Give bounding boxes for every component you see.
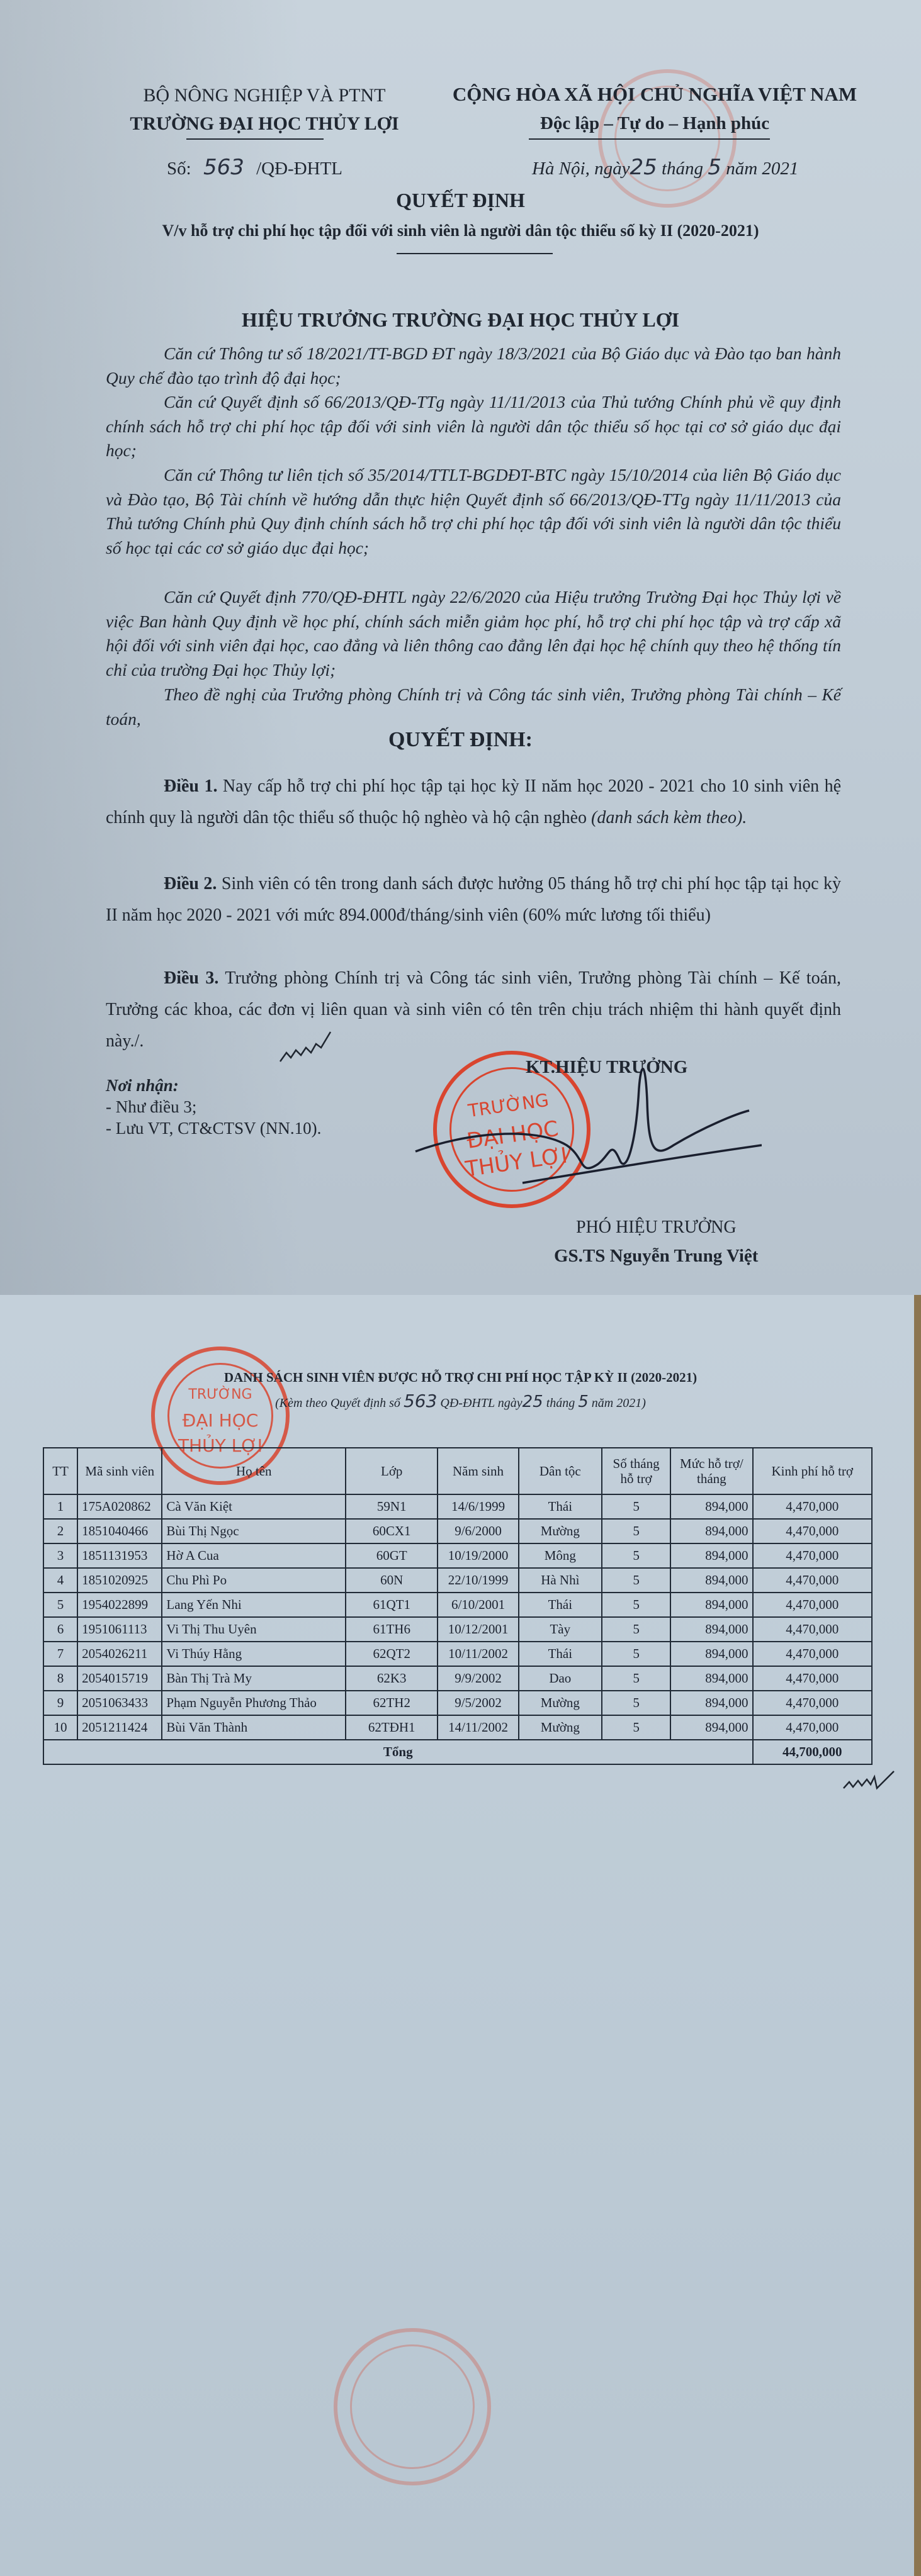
recipient-item: - Như điều 3; [106, 1096, 321, 1117]
col-header: Năm sinh [438, 1448, 518, 1494]
monthly-rate: 894,000 [670, 1715, 752, 1740]
subtitle-suffix: năm 2021) [592, 1396, 646, 1410]
col-header: Họ tên [162, 1448, 346, 1494]
document-subject: V/v hỗ trợ chi phí học tập đối với sinh … [0, 221, 921, 240]
signatory-name: GS.TS Nguyễn Trung Việt [554, 1246, 758, 1267]
subtitle-prefix: (Kèm theo Quyết định số [275, 1396, 400, 1410]
class: 62TĐH1 [346, 1715, 438, 1740]
support-months: 5 [602, 1494, 670, 1519]
student-id: 1851040466 [77, 1519, 162, 1543]
support-months: 5 [602, 1593, 670, 1617]
support-amount: 4,470,000 [753, 1715, 873, 1740]
total-label: Tổng [43, 1740, 753, 1764]
student-id: 1951061113 [77, 1617, 162, 1642]
class: 60N [346, 1568, 438, 1593]
month-label: tháng [662, 159, 703, 179]
handwritten-number: 563 [404, 1391, 437, 1411]
support-amount: 4,470,000 [753, 1519, 873, 1543]
ethnicity: Mông [519, 1543, 602, 1568]
handwritten-day: 25 [630, 155, 657, 180]
student-name: Lang Yến Nhi [162, 1593, 346, 1617]
support-months: 5 [602, 1715, 670, 1740]
support-amount: 4,470,000 [753, 1617, 873, 1642]
student-name: Hờ A Cua [162, 1543, 346, 1568]
article-1: Điều 1. Nay cấp hỗ trợ chi phí học tập t… [106, 771, 841, 834]
support-amount: 4,470,000 [753, 1568, 873, 1593]
col-header: Lớp [346, 1448, 438, 1494]
ground-2: Căn cứ Quyết định số 66/2013/QĐ-TTg ngày… [106, 390, 841, 463]
support-months: 5 [602, 1691, 670, 1715]
support-amount: 4,470,000 [753, 1666, 873, 1691]
republic-name: CỘNG HÒA XÃ HỘI CHỦ NGHĨA VIỆT NAM [428, 83, 881, 106]
list-subtitle: (Kèm theo Quyết định số 563 QĐ-ĐHTL ngày… [0, 1391, 921, 1411]
ground-3: Căn cứ Thông tư liên tịch số 35/2014/TTL… [106, 463, 841, 560]
subtitle-mid: QĐ-ĐHTL ngày [440, 1396, 522, 1410]
birth-date: 6/10/2001 [438, 1593, 518, 1617]
divider [397, 253, 553, 254]
row-number: 2 [43, 1519, 77, 1543]
student-name: Cà Văn Kiệt [162, 1494, 346, 1519]
support-months: 5 [602, 1666, 670, 1691]
support-months: 5 [602, 1568, 670, 1593]
decides-heading: QUYẾT ĐỊNH: [0, 728, 921, 752]
ethnicity: Thái [519, 1494, 602, 1519]
row-number: 4 [43, 1568, 77, 1593]
row-number: 7 [43, 1642, 77, 1666]
class: 62K3 [346, 1666, 438, 1691]
table-row: 82054015719Bàn Thị Trà My62K39/9/2002Dao… [43, 1666, 872, 1691]
col-header: Dân tộc [519, 1448, 602, 1494]
initials-scribble-icon [277, 1029, 334, 1067]
student-table: TT Mã sinh viên Họ tên Lớp Năm sinh Dân … [43, 1447, 873, 1765]
table-row: 41851020925Chu Phì Po60N22/10/1999Hà Nhì… [43, 1568, 872, 1593]
row-number: 3 [43, 1543, 77, 1568]
ethnicity: Hà Nhì [519, 1568, 602, 1593]
ground-5: Theo đề nghị của Trưởng phòng Chính trị … [106, 683, 841, 731]
total-row: Tổng 44,700,000 [43, 1740, 872, 1764]
handwritten-month: 5 [578, 1392, 589, 1411]
table-row: 92051063433Phạm Nguyễn Phương Thảo62TH29… [43, 1691, 872, 1715]
table-header-row: TT Mã sinh viên Họ tên Lớp Năm sinh Dân … [43, 1448, 872, 1494]
seal-line: ĐẠI HỌC [155, 1410, 286, 1431]
support-amount: 4,470,000 [753, 1494, 873, 1519]
row-number: 9 [43, 1691, 77, 1715]
student-name: Chu Phì Po [162, 1568, 346, 1593]
student-id: 1851020925 [77, 1568, 162, 1593]
monthly-rate: 894,000 [670, 1666, 752, 1691]
birth-date: 14/11/2002 [438, 1715, 518, 1740]
handwritten-day: 25 [523, 1392, 543, 1411]
table-row: 21851040466Bùi Thị Ngọc60CX19/6/2000Mườn… [43, 1519, 872, 1543]
month-label: tháng [546, 1396, 575, 1410]
class: 61TH6 [346, 1617, 438, 1642]
table-surface [914, 1295, 921, 2576]
divider [186, 138, 324, 140]
decision-number: Số: 563 /QĐ-ĐHTL [167, 155, 342, 180]
student-id: 2054015719 [77, 1666, 162, 1691]
student-name: Vi Thúy Hằng [162, 1642, 346, 1666]
monthly-rate: 894,000 [670, 1593, 752, 1617]
col-header: Mã sinh viên [77, 1448, 162, 1494]
class: 62TH2 [346, 1691, 438, 1715]
monthly-rate: 894,000 [670, 1691, 752, 1715]
row-number: 10 [43, 1715, 77, 1740]
ethnicity: Mường [519, 1691, 602, 1715]
student-id: 2051063433 [77, 1691, 162, 1715]
initials-scribble-icon [840, 1768, 897, 1800]
monthly-rate: 894,000 [670, 1617, 752, 1642]
support-months: 5 [602, 1617, 670, 1642]
divider [529, 138, 770, 140]
row-number: 5 [43, 1593, 77, 1617]
ministry-name: BỘ NÔNG NGHIỆP VÀ PTNT [107, 85, 422, 106]
support-amount: 4,470,000 [753, 1543, 873, 1568]
number-label: Số: [167, 159, 191, 179]
table-row: 102051211424Bùi Văn Thành62TĐH114/11/200… [43, 1715, 872, 1740]
birth-date: 14/6/1999 [438, 1494, 518, 1519]
university-name: TRƯỜNG ĐẠI HỌC THỦY LỢI [107, 113, 422, 135]
student-name: Vi Thị Thu Uyên [162, 1617, 346, 1642]
class: 61QT1 [346, 1593, 438, 1617]
student-id: 1851131953 [77, 1543, 162, 1568]
student-id: 2054026211 [77, 1642, 162, 1666]
birth-date: 9/5/2002 [438, 1691, 518, 1715]
article-label: Điều 3. [164, 968, 218, 988]
handwritten-number: 563 [203, 155, 244, 180]
support-amount: 4,470,000 [753, 1593, 873, 1617]
list-title: DANH SÁCH SINH VIÊN ĐƯỢC HỖ TRỢ CHI PHÍ … [0, 1370, 921, 1386]
monthly-rate: 894,000 [670, 1519, 752, 1543]
ground-1: Căn cứ Thông tư số 18/2021/TT-BGD ĐT ngà… [106, 342, 841, 390]
ethnicity: Tày [519, 1617, 602, 1642]
col-header: Số tháng hỗ trợ [602, 1448, 670, 1494]
class: 60GT [346, 1543, 438, 1568]
col-header: Kinh phí hỗ trợ [753, 1448, 873, 1494]
table-row: 51954022899Lang Yến Nhi61QT16/10/2001Thá… [43, 1593, 872, 1617]
row-number: 6 [43, 1617, 77, 1642]
date-prefix: Hà Nội, ngày [532, 159, 630, 179]
article-note: (danh sách kèm theo). [591, 808, 747, 827]
table-row: 1175A020862Cà Văn Kiệt59N114/6/1999Thái5… [43, 1494, 872, 1519]
student-id: 2051211424 [77, 1715, 162, 1740]
class: 59N1 [346, 1494, 438, 1519]
signatory-role: PHÓ HIỆU TRƯỞNG [576, 1218, 737, 1238]
table-row: 61951061113Vi Thị Thu Uyên61TH610/12/200… [43, 1617, 872, 1642]
ethnicity: Mường [519, 1519, 602, 1543]
student-name: Phạm Nguyễn Phương Thảo [162, 1691, 346, 1715]
monthly-rate: 894,000 [670, 1494, 752, 1519]
support-months: 5 [602, 1642, 670, 1666]
issuing-authority: HIỆU TRƯỞNG TRƯỜNG ĐẠI HỌC THỦY LỢI [0, 308, 921, 332]
date-year: năm 2021 [726, 159, 798, 179]
article-text: Sinh viên có tên trong danh sách được hư… [106, 874, 841, 925]
birth-date: 10/12/2001 [438, 1617, 518, 1642]
support-amount: 4,470,000 [753, 1691, 873, 1715]
birth-date: 22/10/1999 [438, 1568, 518, 1593]
ethnicity: Thái [519, 1642, 602, 1666]
student-id: 175A020862 [77, 1494, 162, 1519]
stamp-bleed-through [334, 2328, 491, 2485]
recipient-item: - Lưu VT, CT&CTSV (NN.10). [106, 1117, 321, 1139]
recipients: Nơi nhận: - Như điều 3; - Lưu VT, CT&CTS… [106, 1075, 321, 1139]
student-id: 1954022899 [77, 1593, 162, 1617]
total-value: 44,700,000 [753, 1740, 873, 1764]
ethnicity: Dao [519, 1666, 602, 1691]
student-name: Bàn Thị Trà My [162, 1666, 346, 1691]
birth-date: 10/11/2002 [438, 1642, 518, 1666]
ethnicity: Mường [519, 1715, 602, 1740]
recipients-heading: Nơi nhận: [106, 1075, 321, 1096]
col-header: TT [43, 1448, 77, 1494]
monthly-rate: 894,000 [670, 1543, 752, 1568]
birth-date: 9/9/2002 [438, 1666, 518, 1691]
article-label: Điều 1. [164, 776, 217, 796]
issue-date: Hà Nội, ngày25 tháng 5 năm 2021 [532, 155, 798, 180]
table-row: 72054026211Vi Thúy Hằng62QT210/11/2002Th… [43, 1642, 872, 1666]
class: 60CX1 [346, 1519, 438, 1543]
ethnicity: Thái [519, 1593, 602, 1617]
birth-date: 10/19/2000 [438, 1543, 518, 1568]
support-months: 5 [602, 1519, 670, 1543]
article-2: Điều 2. Sinh viên có tên trong danh sách… [106, 868, 841, 931]
row-number: 8 [43, 1666, 77, 1691]
national-motto: Độc lập – Tự do – Hạnh phúc [428, 113, 881, 134]
student-name: Bùi Thị Ngọc [162, 1519, 346, 1543]
col-header: Mức hỗ trợ/ tháng [670, 1448, 752, 1494]
student-name: Bùi Văn Thành [162, 1715, 346, 1740]
number-suffix: /QĐ-ĐHTL [256, 159, 342, 179]
class: 62QT2 [346, 1642, 438, 1666]
ground-4: Căn cứ Quyết định 770/QĐ-ĐHTL ngày 22/6/… [106, 585, 841, 682]
support-months: 5 [602, 1543, 670, 1568]
handwritten-month: 5 [708, 155, 721, 180]
monthly-rate: 894,000 [670, 1568, 752, 1593]
row-number: 1 [43, 1494, 77, 1519]
signature-icon [409, 1051, 762, 1202]
article-label: Điều 2. [164, 874, 217, 893]
table-row: 31851131953Hờ A Cua60GT10/19/2000Mông589… [43, 1543, 872, 1568]
birth-date: 9/6/2000 [438, 1519, 518, 1543]
support-amount: 4,470,000 [753, 1642, 873, 1666]
document-title: QUYẾT ĐỊNH [0, 189, 921, 212]
article-3: Điều 3. Trưởng phòng Chính trị và Công t… [106, 963, 841, 1057]
monthly-rate: 894,000 [670, 1642, 752, 1666]
